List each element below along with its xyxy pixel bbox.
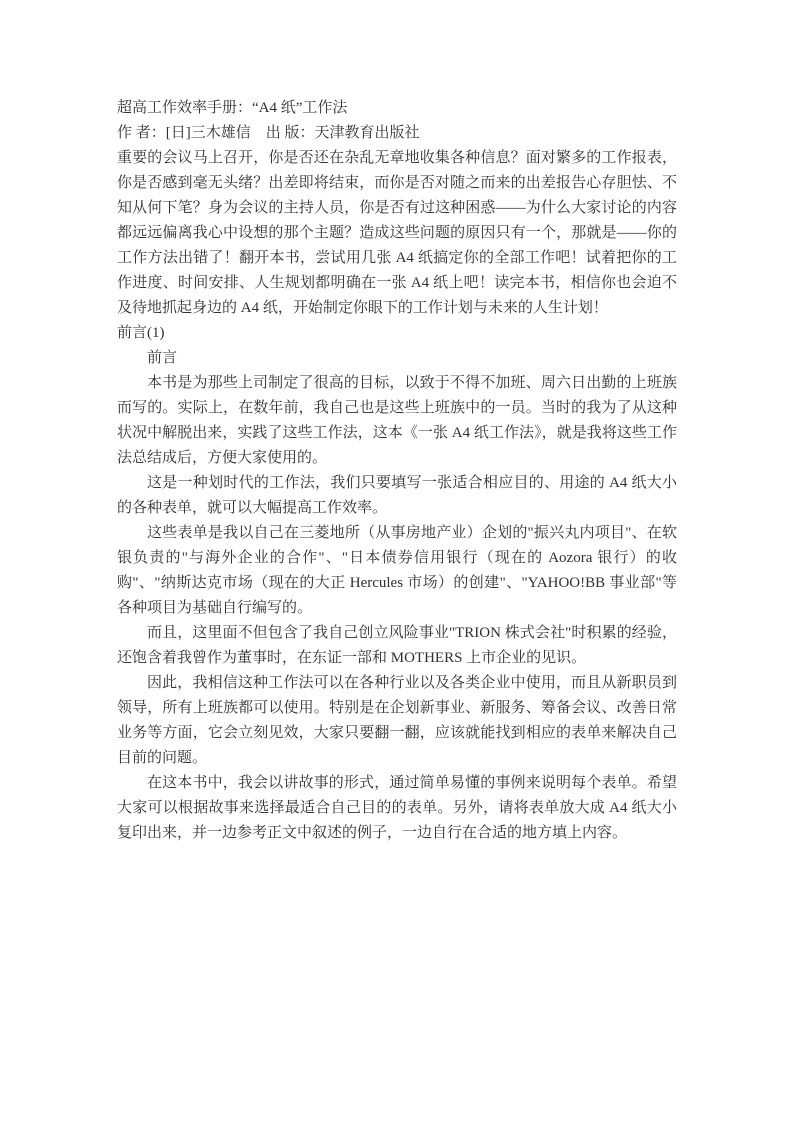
book-title: 超高工作效率手册：“A4 纸”工作法: [117, 96, 677, 121]
preface-paragraph-2: 这是一种划时代的工作法，我们只要填写一张适合相应目的、用途的 A4 纸大小的各种…: [117, 471, 677, 521]
preface-subheading: 前言: [117, 346, 677, 371]
preface-paragraph-4: 而且，这里面不但包含了我自己创立风险事业"TRION 株式会社"时积累的经验，还…: [117, 621, 677, 671]
preface-paragraph-3: 这些表单是我以自己在三菱地所（从事房地产业）企划的"振兴丸内项目"、在软银负责的…: [117, 521, 677, 621]
section-heading-preface-1: 前言(1): [117, 321, 677, 346]
author-publisher-line: 作 者：[日]三木雄信 出 版：天津教育出版社: [117, 121, 677, 146]
preface-paragraph-5: 因此，我相信这种工作法可以在各种行业以及各类企业中使用，而且从新职员到领导，所有…: [117, 671, 677, 771]
document-page: 超高工作效率手册：“A4 纸”工作法 作 者：[日]三木雄信 出 版：天津教育出…: [0, 0, 793, 1122]
book-blurb-paragraph: 重要的会议马上召开，你是否还在杂乱无章地收集各种信息？面对繁多的工作报表，你是否…: [117, 146, 677, 321]
preface-paragraph-6: 在这本书中，我会以讲故事的形式，通过简单易懂的事例来说明每个表单。希望大家可以根…: [117, 771, 677, 846]
preface-paragraph-1: 本书是为那些上司制定了很高的目标，以致于不得不加班、周六日出勤的上班族而写的。实…: [117, 371, 677, 471]
